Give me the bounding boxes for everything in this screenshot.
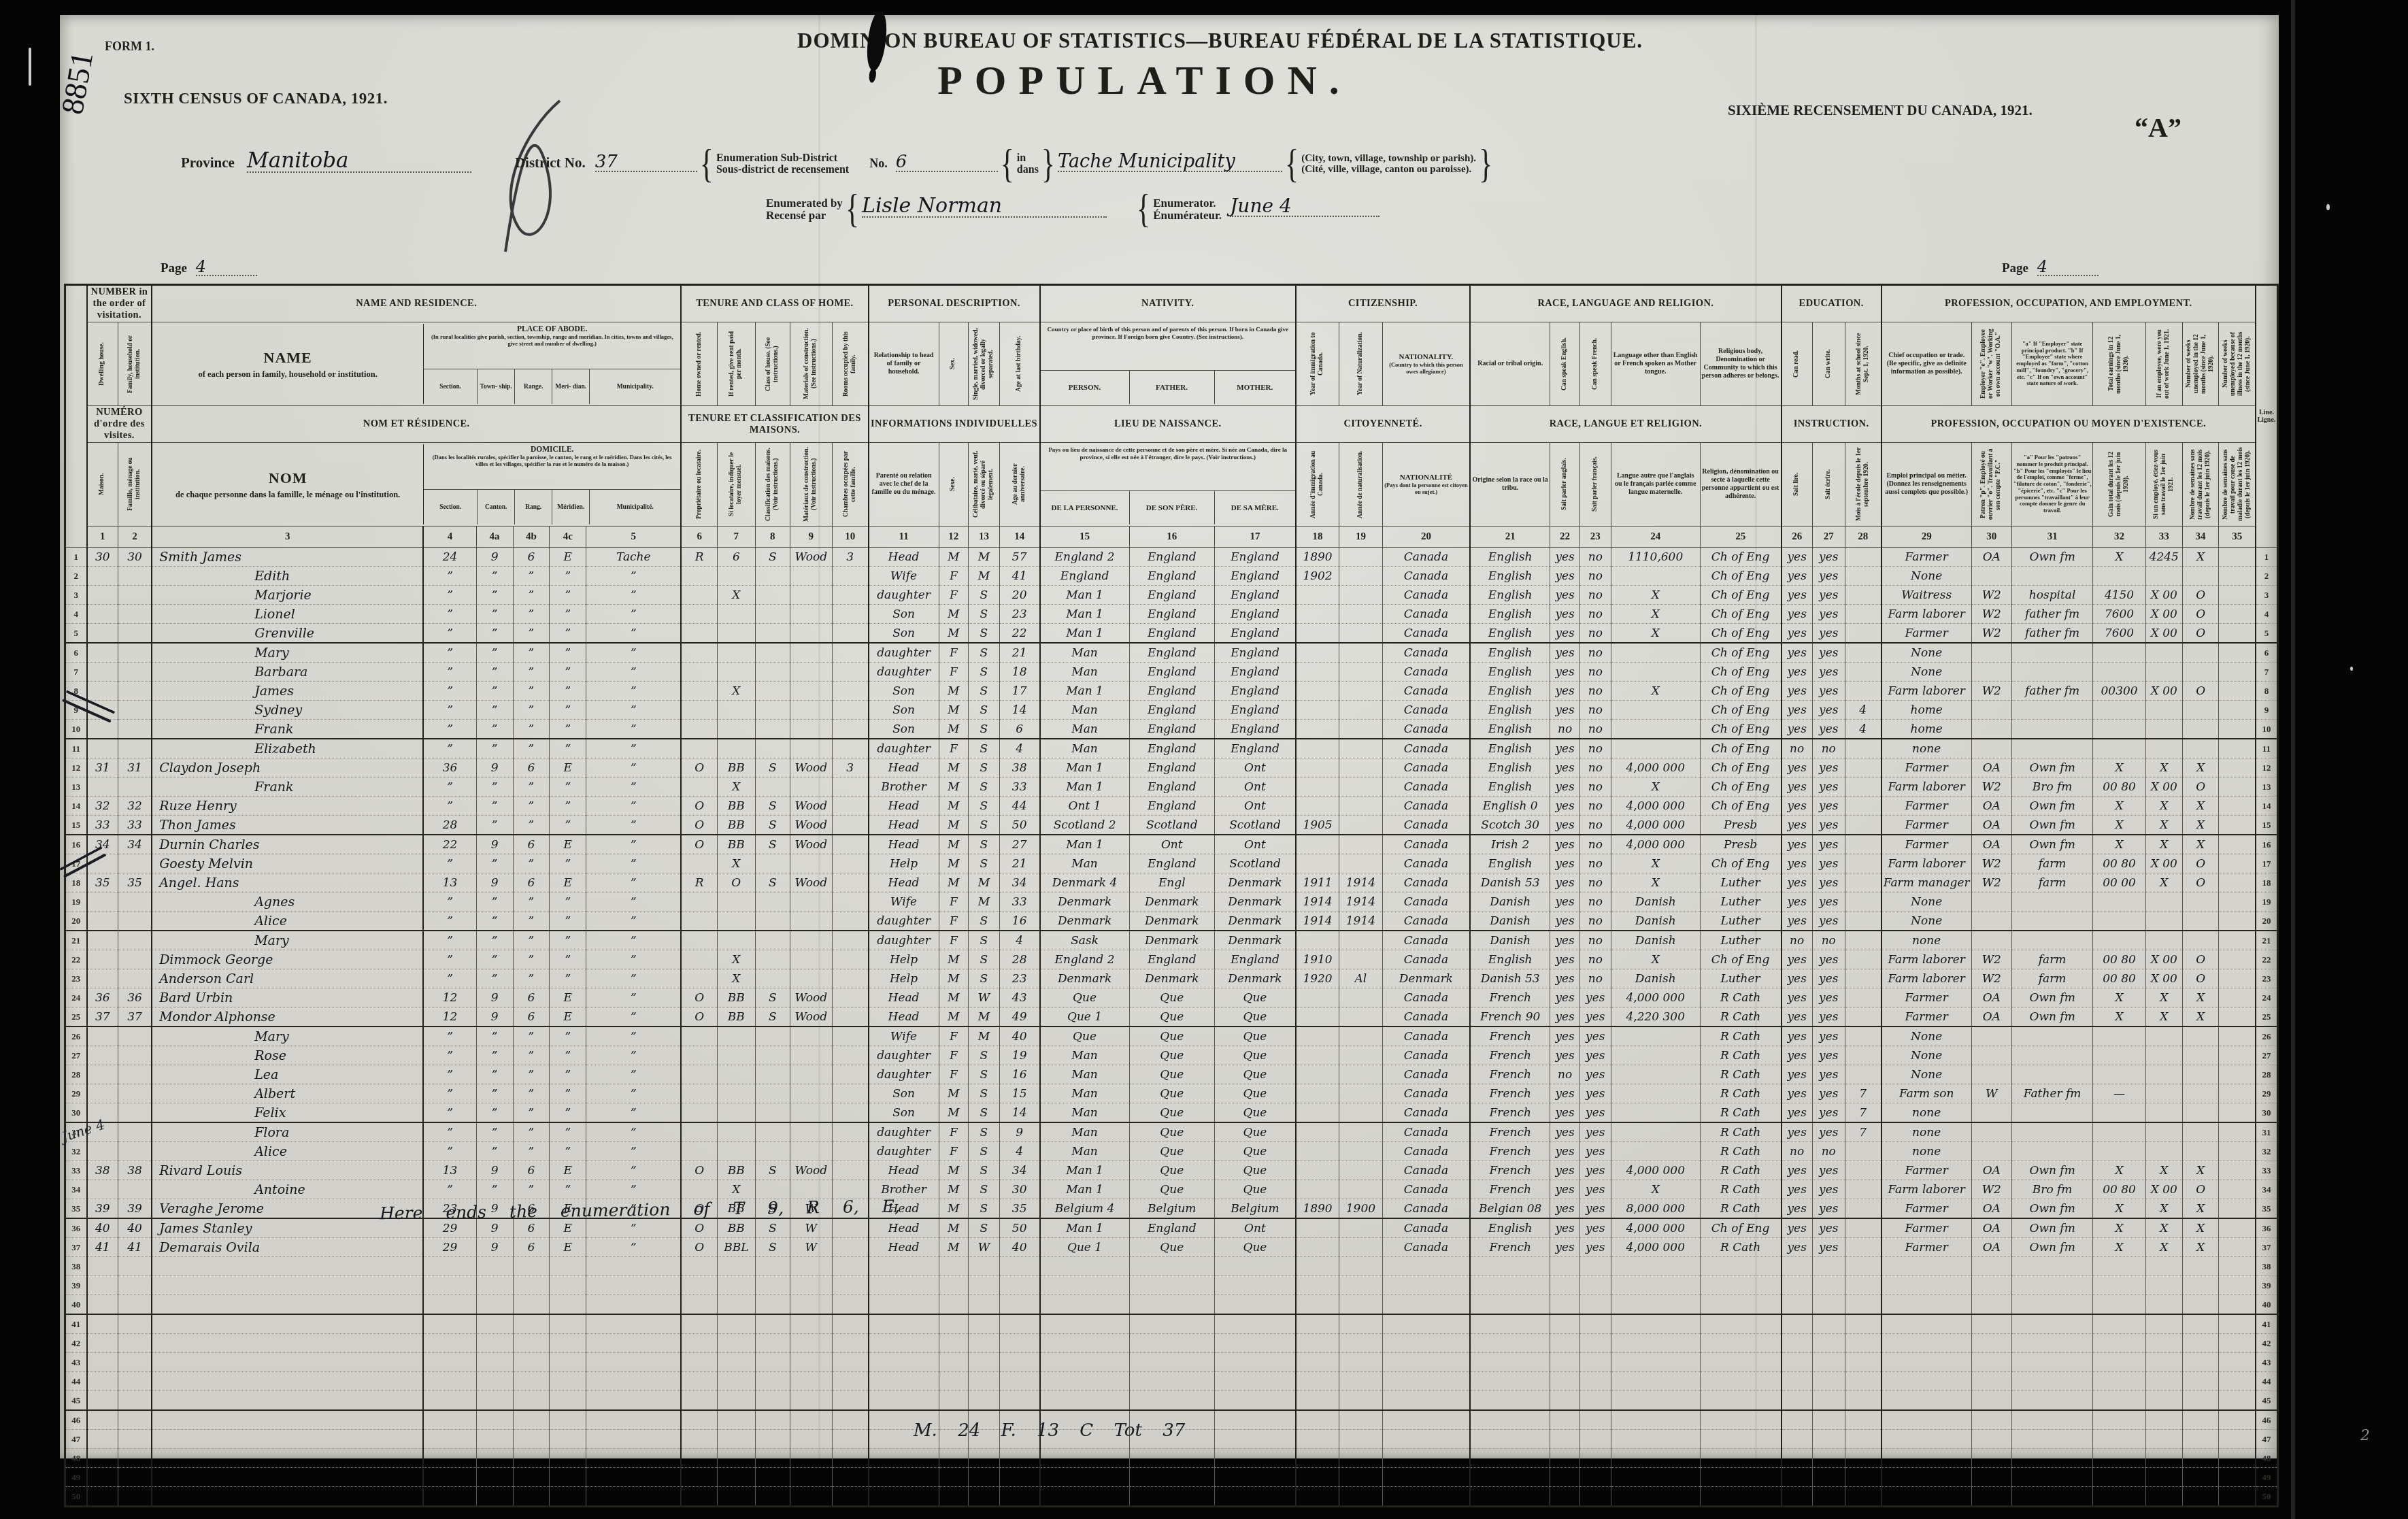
- cell: yes: [1782, 624, 1813, 644]
- cell: [1214, 1314, 1295, 1334]
- cell: M: [939, 720, 969, 739]
- cell: F: [939, 567, 969, 586]
- cell: yes: [1782, 969, 1813, 988]
- line-number: 40: [65, 1295, 87, 1315]
- cell: X: [2093, 548, 2146, 567]
- cell: X 00: [2145, 605, 2182, 624]
- cell: Farmer: [1882, 758, 1971, 778]
- cell: yes: [1782, 873, 1813, 892]
- cell: [1214, 1449, 1295, 1468]
- cell: [681, 1103, 717, 1123]
- cell: ”: [586, 1238, 682, 1257]
- cell: ”: [586, 835, 682, 854]
- cell: ”: [586, 624, 682, 644]
- cell: [2145, 1276, 2182, 1295]
- cell: ”: [586, 931, 682, 950]
- cell: 30: [118, 548, 152, 567]
- cell: [1882, 1487, 1971, 1507]
- cell: [152, 1430, 423, 1449]
- cell: Denmark: [1214, 912, 1295, 931]
- cell: [1296, 586, 1339, 605]
- cell: [1845, 1007, 1882, 1027]
- line-number: 22: [65, 950, 87, 969]
- cell: ”: [513, 950, 550, 969]
- cell: [423, 1410, 476, 1430]
- table-row: 4141: [65, 1314, 2278, 1334]
- cell: [152, 1295, 423, 1315]
- group-personal-fr: INFORMATIONS INDIVIDUELLES: [869, 406, 1040, 443]
- cell: [832, 950, 868, 969]
- cell: [790, 1065, 832, 1084]
- cell: [1971, 1122, 2011, 1142]
- cell: [790, 1353, 832, 1372]
- cell: [2182, 1142, 2219, 1161]
- cell: ”: [476, 1046, 513, 1065]
- cell: ”: [550, 1180, 586, 1199]
- cell: [87, 1295, 118, 1315]
- cell: O: [681, 835, 717, 854]
- line-number: 10: [2256, 720, 2278, 739]
- cell: yes: [1812, 643, 1845, 663]
- cell: [717, 1046, 755, 1065]
- cell: [1339, 643, 1383, 663]
- cell: [1339, 1084, 1383, 1103]
- line-number: 28: [65, 1065, 87, 1084]
- cell: 18: [999, 663, 1039, 682]
- cell: 4: [999, 931, 1039, 950]
- cell: [2093, 663, 2146, 682]
- cell: Farmer: [1882, 1161, 1971, 1180]
- cell: [87, 605, 118, 624]
- cell: [1382, 1353, 1470, 1372]
- cell: [2145, 1314, 2182, 1334]
- cell: no: [1812, 1142, 1845, 1161]
- cell: [2219, 1410, 2256, 1430]
- cell: yes: [1812, 892, 1845, 912]
- line-number: 20: [2256, 912, 2278, 931]
- cell: [2219, 1334, 2256, 1353]
- enumerated-by-en: Enumerated by: [766, 197, 843, 210]
- cell: yes: [1782, 605, 1813, 624]
- cell: S: [969, 605, 1000, 624]
- cell: X: [2182, 988, 2219, 1007]
- cell: M: [939, 797, 969, 816]
- cell: French: [1470, 1026, 1550, 1046]
- cell: Agnes: [152, 892, 423, 912]
- cell: [1700, 1276, 1781, 1295]
- cell: X: [2182, 1218, 2219, 1238]
- cell: [717, 1026, 755, 1046]
- cell: ”: [476, 1180, 513, 1199]
- table-row: 374141Demarais Ovila2996E”OBBLSWHeadMW40…: [65, 1238, 2278, 1257]
- cell: 50: [999, 1218, 1039, 1238]
- line-number: 19: [2256, 892, 2278, 912]
- cell: [586, 1449, 682, 1468]
- cell: [2145, 1142, 2182, 1161]
- line-number: 17: [2256, 854, 2278, 873]
- cell: [717, 1487, 755, 1507]
- cell: [1611, 567, 1700, 586]
- cell: yes: [1550, 643, 1580, 663]
- cell: [118, 1295, 152, 1315]
- cell: [1382, 1410, 1470, 1430]
- cell: [1611, 739, 1700, 758]
- cell: Man: [1040, 1046, 1130, 1065]
- cell: no: [1579, 950, 1611, 969]
- cell: Ch of Eng: [1700, 854, 1781, 873]
- cell: England: [1129, 720, 1214, 739]
- cell: England: [1214, 548, 1295, 567]
- cell: O: [681, 816, 717, 835]
- cell: [1339, 1334, 1383, 1353]
- table-row: 4343: [65, 1353, 2278, 1372]
- cell: X: [2145, 1199, 2182, 1219]
- cell: Farmer: [1882, 1199, 1971, 1219]
- cell: England: [1214, 567, 1295, 586]
- cell: no: [1579, 567, 1611, 586]
- cell: 1905: [1296, 816, 1339, 835]
- cell: Own fm: [2011, 1161, 2092, 1180]
- cell: [2011, 701, 2092, 720]
- cell: 4: [1845, 701, 1882, 720]
- cell: [755, 969, 790, 988]
- column-number: 26: [1782, 527, 1813, 548]
- cell: [790, 643, 832, 663]
- cell: BB: [717, 835, 755, 854]
- cell: 21: [999, 854, 1039, 873]
- cell: Farm laborer: [1882, 969, 1971, 988]
- line-number: 45: [2256, 1391, 2278, 1411]
- cell: ”: [476, 816, 513, 835]
- cell: Ch of Eng: [1700, 682, 1781, 701]
- cell: no: [1579, 892, 1611, 912]
- cell: ”: [550, 643, 586, 663]
- cell: Belgium: [1129, 1199, 1214, 1219]
- cell: [1579, 1468, 1611, 1487]
- cell: [2182, 1103, 2219, 1123]
- cell: [1845, 682, 1882, 701]
- cell: [1339, 1449, 1383, 1468]
- cell: Head: [869, 548, 939, 567]
- cell: [832, 835, 868, 854]
- cell: yes: [1579, 1084, 1611, 1103]
- cell: [717, 1103, 755, 1123]
- cell: [152, 1334, 423, 1353]
- cell: W: [790, 1218, 832, 1238]
- cell: yes: [1782, 567, 1813, 586]
- col-meridian-en: Meri- dian.: [552, 369, 590, 404]
- cell: [1550, 1468, 1580, 1487]
- cell: [1845, 758, 1882, 778]
- cell: Own fm: [2011, 988, 2092, 1007]
- cell: [790, 1487, 832, 1507]
- cell: X: [1611, 586, 1700, 605]
- cell: 41: [999, 567, 1039, 586]
- cell: [87, 1430, 118, 1449]
- cell: [755, 663, 790, 682]
- cell: Farmer: [1882, 1238, 1971, 1257]
- cell: 4: [999, 1142, 1039, 1161]
- table-row: 27Rose”””””daughterFS19ManQueQueCanadaFr…: [65, 1046, 2278, 1065]
- cell: [2219, 1026, 2256, 1046]
- cell: [1845, 988, 1882, 1007]
- cell: England: [1214, 701, 1295, 720]
- col-owned-rented-en: Home owned or rented.: [681, 322, 717, 406]
- cell: [1339, 1430, 1383, 1449]
- cell: [1611, 1065, 1700, 1084]
- cell: 39: [118, 1199, 152, 1219]
- cell: Luther: [1700, 931, 1781, 950]
- cell: [1782, 1372, 1813, 1391]
- cell: [832, 1372, 868, 1391]
- cell: [939, 1276, 969, 1295]
- col-family-en: Family, household or institution.: [118, 322, 152, 406]
- nativity-header-en: Country or place of birth of this person…: [1040, 322, 1296, 406]
- cell: ”: [550, 1026, 586, 1046]
- cell: [152, 1372, 423, 1391]
- cell: [790, 1468, 832, 1487]
- cell: W: [790, 1238, 832, 1257]
- cell: Que: [1214, 1084, 1295, 1103]
- cell: [755, 950, 790, 969]
- cell: [550, 1276, 586, 1295]
- line-number: 47: [2256, 1430, 2278, 1449]
- cell: [476, 1276, 513, 1295]
- cell: [513, 1334, 550, 1353]
- cell: daughter: [869, 912, 939, 931]
- cell: yes: [1550, 1122, 1580, 1142]
- cell: S: [969, 1180, 1000, 1199]
- cell: [1550, 1334, 1580, 1353]
- cell: ”: [513, 1084, 550, 1103]
- cell: Man: [1040, 1103, 1130, 1123]
- cell: [1611, 1334, 1700, 1353]
- cell: [1339, 1410, 1383, 1430]
- cell: [681, 1276, 717, 1295]
- cell: 40: [999, 1238, 1039, 1257]
- cell: Canada: [1382, 1103, 1470, 1123]
- cell: Que: [1214, 1007, 1295, 1027]
- col-rooms-en: Rooms occupied by this family.: [832, 322, 868, 406]
- cell: [681, 1353, 717, 1372]
- cell: R Cath: [1700, 1007, 1781, 1027]
- enumerator-name: Lisle Norman: [862, 196, 1107, 218]
- cell: yes: [1812, 873, 1845, 892]
- cell: W2: [1971, 586, 2011, 605]
- cell: [717, 720, 755, 739]
- cell: F: [939, 739, 969, 758]
- cell: [832, 1161, 868, 1180]
- cell: Farmer: [1882, 548, 1971, 567]
- cell: X: [2093, 1161, 2146, 1180]
- cell: [2219, 969, 2256, 988]
- cell: [969, 1314, 1000, 1334]
- cell: Que: [1129, 988, 1214, 1007]
- cell: [1339, 1103, 1383, 1123]
- cell: 9: [476, 1238, 513, 1257]
- cell: Ch of Eng: [1700, 720, 1781, 739]
- cell: [1611, 1084, 1700, 1103]
- cell: daughter: [869, 931, 939, 950]
- cell: Que: [1129, 1142, 1214, 1161]
- cell: 00 00: [2093, 873, 2146, 892]
- cell: [2011, 1430, 2092, 1449]
- cell: 7: [1845, 1122, 1882, 1142]
- cell: yes: [1812, 797, 1845, 816]
- cell: OA: [1971, 816, 2011, 835]
- line-number: 16: [65, 835, 87, 854]
- cell: S: [969, 701, 1000, 720]
- cell: Belgium: [1214, 1199, 1295, 1219]
- cell: Elizabeth: [152, 739, 423, 758]
- cell: [681, 931, 717, 950]
- cell: [681, 1449, 717, 1468]
- cell: yes: [1812, 663, 1845, 682]
- cell: [1845, 643, 1882, 663]
- cell: S: [755, 835, 790, 854]
- line-number: 25: [65, 1007, 87, 1027]
- cell: yes: [1782, 1218, 1813, 1238]
- line-number: 30: [2256, 1103, 2278, 1123]
- cell: [755, 682, 790, 701]
- subdistrict-place: Tache Municipality: [1058, 152, 1282, 172]
- cell: [423, 1449, 476, 1468]
- cell: Que: [1214, 1065, 1295, 1084]
- col-mother-tongue-en: Language other than English or French sp…: [1611, 322, 1700, 406]
- cell: [423, 1468, 476, 1487]
- cell: 40: [118, 1218, 152, 1238]
- cell: 33: [87, 816, 118, 835]
- cell: R Cath: [1700, 1161, 1781, 1180]
- cell: [1296, 1334, 1339, 1353]
- cell: Ch of Eng: [1700, 758, 1781, 778]
- column-number: 14: [999, 527, 1039, 548]
- cell: S: [969, 835, 1000, 854]
- cell: [1339, 1007, 1383, 1027]
- enumerated-by-fr: Recensé par: [766, 210, 843, 222]
- cell: England: [1040, 567, 1130, 586]
- cell: 35: [118, 873, 152, 892]
- cell: [681, 605, 717, 624]
- cell: [2145, 1122, 2182, 1142]
- scan-edge: [2291, 0, 2295, 1519]
- cell: [2093, 1334, 2146, 1353]
- line-number: 14: [65, 797, 87, 816]
- cell: [1845, 835, 1882, 854]
- line-number: 24: [65, 988, 87, 1007]
- cell: [2219, 1161, 2256, 1180]
- cell: [2145, 1334, 2182, 1353]
- cell: [2093, 1468, 2146, 1487]
- cell: England: [1214, 720, 1295, 739]
- cell: Ch of Eng: [1700, 739, 1781, 758]
- cell: [1382, 1334, 1470, 1353]
- col-speak-french-en: Can speak French.: [1579, 322, 1611, 406]
- cell: [1339, 605, 1383, 624]
- column-number: 5: [586, 527, 682, 548]
- cell: England: [1214, 739, 1295, 758]
- cell: [681, 1257, 717, 1276]
- cell: 30: [999, 1180, 1039, 1199]
- cell: [869, 1257, 939, 1276]
- cell: [1579, 1449, 1611, 1468]
- cell: Wife: [869, 1026, 939, 1046]
- cell: [1611, 663, 1700, 682]
- name-header-en: NAME of each person in family, household…: [152, 324, 424, 404]
- cell: 00 80: [2093, 854, 2146, 873]
- cell: [2011, 567, 2092, 586]
- page-number-value: 4: [196, 258, 257, 276]
- line-number: 44: [2256, 1372, 2278, 1391]
- cell: [1845, 605, 1882, 624]
- cell: Bro fm: [2011, 1180, 2092, 1199]
- cell: [1382, 1314, 1470, 1334]
- cell: [1971, 720, 2011, 739]
- cell: [2011, 1391, 2092, 1411]
- cell: Man: [1040, 1122, 1130, 1142]
- cell: English: [1470, 739, 1550, 758]
- cell: England: [1129, 643, 1214, 663]
- cell: daughter: [869, 643, 939, 663]
- line-number: 2: [2256, 567, 2278, 586]
- table-row: 22Dimmock George”””””XHelpMS28England 2E…: [65, 950, 2278, 969]
- cell: [681, 1314, 717, 1334]
- place-of-abode-header-fr: DOMICILE. (Dans les localités rurales, s…: [424, 444, 680, 524]
- cell: daughter: [869, 663, 939, 682]
- cell: [513, 1449, 550, 1468]
- cell: X: [1611, 1180, 1700, 1199]
- column-number: 19: [1339, 527, 1383, 548]
- cell: M: [939, 835, 969, 854]
- cell: [939, 1468, 969, 1487]
- cell: Canada: [1382, 605, 1470, 624]
- cell: ”: [423, 778, 476, 797]
- cell: [2219, 663, 2256, 682]
- cell: 40: [87, 1218, 118, 1238]
- cell: Que: [1040, 1026, 1130, 1046]
- cell: X: [2093, 816, 2146, 835]
- cell: 1890: [1296, 548, 1339, 567]
- cell: [2182, 1487, 2219, 1507]
- cell: 6: [513, 548, 550, 567]
- cell: [2011, 739, 2092, 758]
- cell: [1339, 1468, 1383, 1487]
- cell: X: [2182, 758, 2219, 778]
- cell: 6: [513, 873, 550, 892]
- cell: [1382, 1430, 1470, 1449]
- cell: ”: [423, 1065, 476, 1084]
- cell: yes: [1550, 605, 1580, 624]
- cell: [1214, 1295, 1295, 1315]
- cell: M: [969, 1007, 1000, 1027]
- cell: English: [1470, 1218, 1550, 1238]
- col-materials-fr: Matériaux de construction. (Voir instruc…: [790, 443, 832, 527]
- cell: [1470, 1276, 1550, 1295]
- cell: [1782, 1334, 1813, 1353]
- line-number: 37: [2256, 1238, 2278, 1257]
- cell: [832, 892, 868, 912]
- cell: [1845, 1180, 1882, 1199]
- cell: [1040, 1334, 1130, 1353]
- cell: W: [969, 988, 1000, 1007]
- cell: [1845, 548, 1882, 567]
- cell: [832, 682, 868, 701]
- cell: yes: [1812, 778, 1845, 797]
- cell: yes: [1812, 912, 1845, 931]
- cell: S: [969, 797, 1000, 816]
- cell: 1890: [1296, 1199, 1339, 1219]
- place-of-abode-header-en: PLACE OF ABODE. (In rural localities giv…: [424, 324, 680, 404]
